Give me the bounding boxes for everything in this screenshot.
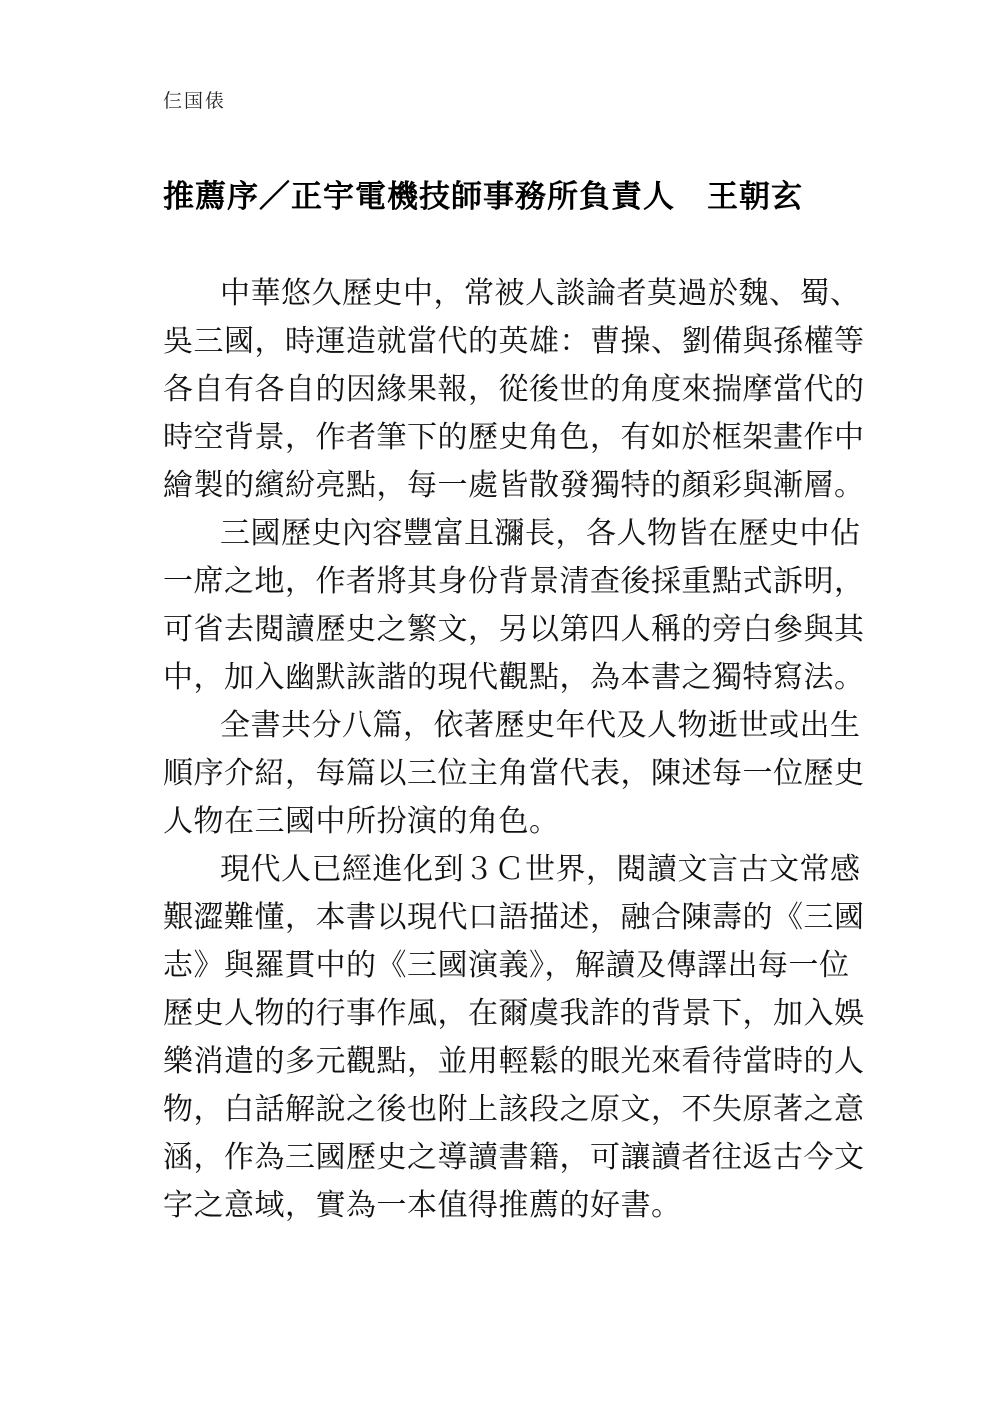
paragraph-4-line-7: 涵，作為三國歷史之導讀書籍，可讓讀者往返古今文 <box>163 1134 843 1182</box>
paragraph-4-line-5: 樂消遣的多元觀點，並用輕鬆的眼光來看待當時的人 <box>163 1038 843 1086</box>
paragraph-4-line-3: 志》與羅貫中的《三國演義》，解讀及傳譯出每一位 <box>163 942 843 990</box>
paragraph-2-line-2: 一席之地，作者將其身份背景清查後採重點式訴明， <box>163 558 843 606</box>
paragraph-4-line-8: 字之意域，實為一本值得推薦的好書。 <box>163 1182 843 1230</box>
body-text: 中華悠久歷史中，常被人談論者莫過於魏、蜀、 吳三國，時運造就當代的英雄：曹操、劉… <box>163 270 843 1230</box>
paragraph-2-line-1: 三國歷史內容豐富且瀰長，各人物皆在歷史中佔 <box>163 510 843 558</box>
paragraph-3-line-3: 人物在三國中所扮演的角色。 <box>163 798 843 846</box>
chapter-title: 推薦序／正宇電機技師事務所負責人 王朝玄 <box>163 171 803 216</box>
paragraph-1-line-3: 各自有各自的因緣果報，從後世的角度來揣摩當代的 <box>163 366 843 414</box>
paragraph-3-line-2: 順序介紹，每篇以三位主角當代表，陳述每一位歷史 <box>163 750 843 798</box>
paragraph-3-line-1: 全書共分八篇，依著歷史年代及人物逝世或出生 <box>163 702 843 750</box>
paragraph-4-line-4: 歷史人物的行事作風，在爾虞我詐的背景下，加入娛 <box>163 990 843 1038</box>
paragraph-4-line-2: 艱澀難懂，本書以現代口語描述，融合陳壽的《三國 <box>163 894 843 942</box>
paragraph-1-line-2: 吳三國，時運造就當代的英雄：曹操、劉備與孫權等 <box>163 318 843 366</box>
paragraph-2-line-4: 中，加入幽默詼諧的現代觀點，為本書之獨特寫法。 <box>163 654 843 702</box>
paragraph-4-line-6: 物，白話解說之後也附上該段之原文，不失原著之意 <box>163 1086 843 1134</box>
paragraph-1-line-5: 繪製的繽紛亮點，每一處皆散發獨特的顏彩與漸層。 <box>163 462 843 510</box>
document-page: 仨国俵 推薦序／正宇電機技師事務所負責人 王朝玄 中華悠久歷史中，常被人談論者莫… <box>0 0 1000 1419</box>
paragraph-2-line-3: 可省去閱讀歷史之繁文，另以第四人稱的旁白參與其 <box>163 606 843 654</box>
paragraph-4-line-1: 現代人已經進化到３Ｃ世界，閱讀文言古文常感 <box>163 846 843 894</box>
running-header: 仨国俵 <box>163 86 226 113</box>
paragraph-1-line-4: 時空背景，作者筆下的歷史角色，有如於框架畫作中 <box>163 414 843 462</box>
paragraph-1-line-1: 中華悠久歷史中，常被人談論者莫過於魏、蜀、 <box>163 270 843 318</box>
